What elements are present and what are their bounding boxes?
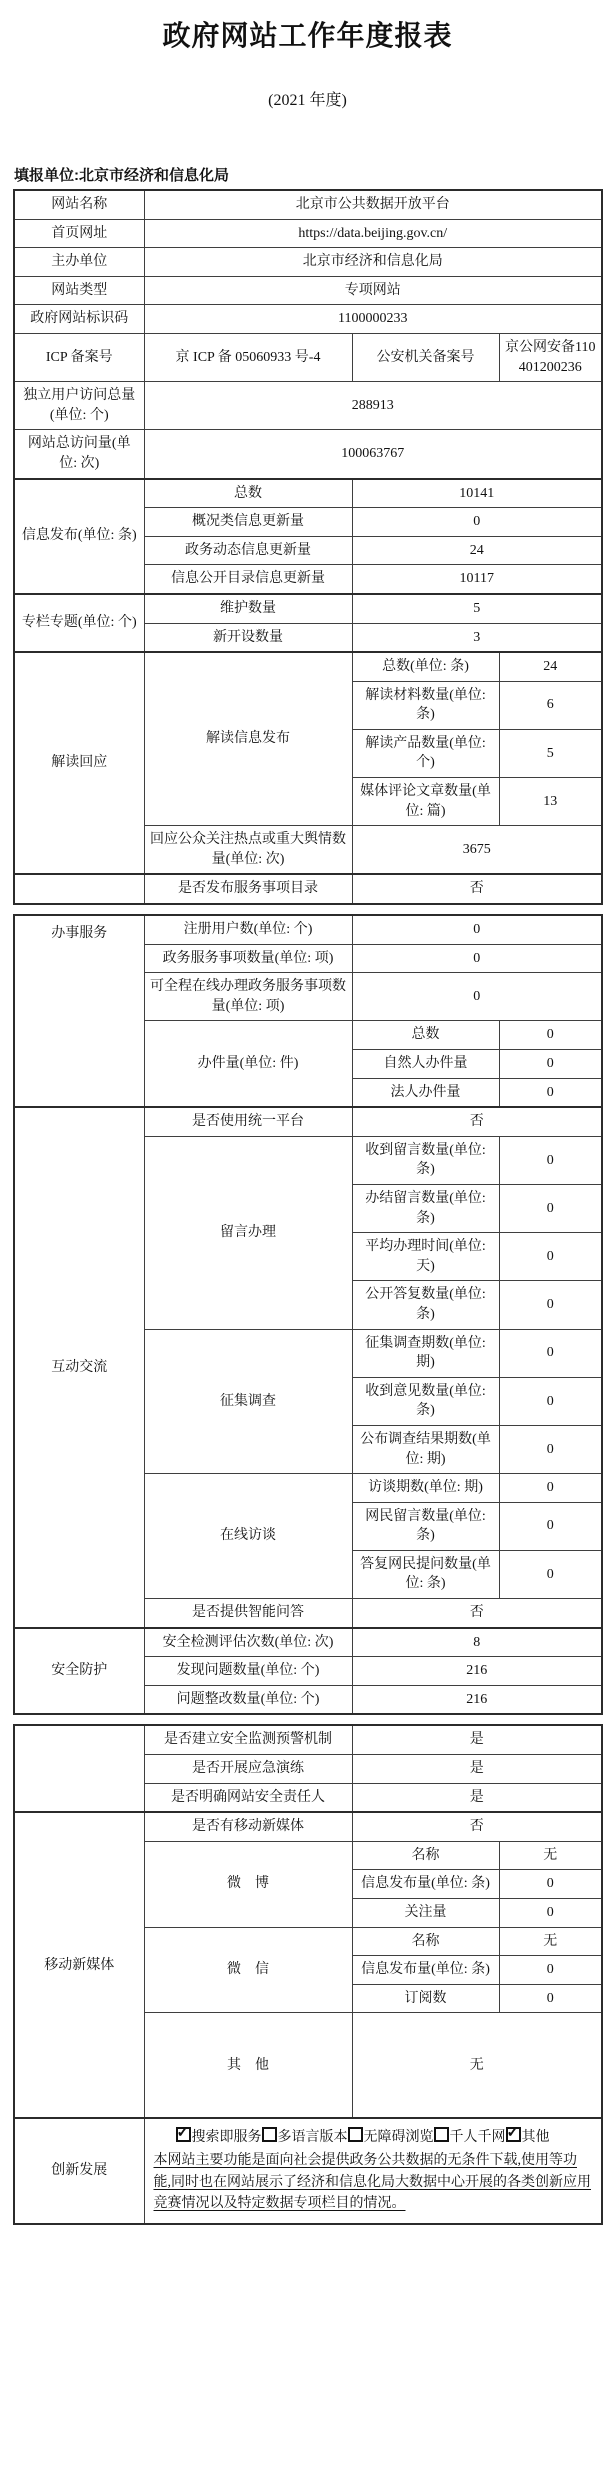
checkbox-label: 千人千网 [450,2130,506,2145]
checkbox-option: 千人千网 [434,2130,506,2145]
row-label: 媒体评论文章数量(单位: 篇) [352,778,499,826]
checkbox-label: 无障碍浏览 [364,2130,434,2145]
row-value: 0 [352,915,602,944]
row-value: 是 [352,1755,602,1784]
table-row: 独立用户访问总量(单位: 个) 288913 [14,382,602,430]
row-label: 发现问题数量(单位: 个) [144,1657,352,1686]
row-value: 0 [499,1870,602,1899]
icp-label: ICP 备案号 [14,333,144,381]
home-url-label: 首页网址 [14,219,144,248]
survey-label: 征集调查 [144,1329,352,1474]
police-record-value: 京公网安备110401200236 [499,333,602,381]
row-label: 是否明确网站安全责任人 [144,1783,352,1812]
row-label: 关注量 [352,1899,499,1928]
site-type-label: 网站类型 [14,276,144,305]
row-label: 维护数量 [144,594,352,623]
row-label: 概况类信息更新量 [144,508,352,537]
checkbox-icon [262,2127,277,2142]
weibo-label: 微 博 [144,1841,352,1927]
interpretation-publish-label: 解读信息发布 [144,652,352,826]
table-row: 主办单位 北京市经济和信息化局 [14,248,602,277]
unified-platform-value: 否 [352,1107,602,1136]
section-interpretation: 解读回应 [14,652,144,874]
report-page: 政府网站工作年度报表 (2021 年度) 填报单位:北京市经济和信息化局 网站名… [0,0,609,2248]
total-visits-value: 100063767 [144,430,602,479]
row-label: 收到留言数量(单位: 条) [352,1136,499,1184]
table-services-interaction: 办事服务 注册用户数(单位: 个) 0 政务服务事项数量(单位: 项) 0 可全… [13,914,603,1715]
hotspot-label: 回应公众关注热点或重大舆情数量(单位: 次) [144,826,352,875]
row-label: 信息发布量(单位: 条) [352,1870,499,1899]
row-value: 6 [499,681,602,729]
table-basic-info: 网站名称 北京市公共数据开放平台 首页网址 https://data.beiji… [13,189,603,905]
section-mobile-media: 移动新媒体 [14,1812,144,2118]
row-label: 办结留言数量(单位: 条) [352,1184,499,1232]
row-value: 0 [499,1050,602,1079]
table-row: 专栏专题(单位: 个) 维护数量 5 [14,594,602,623]
table-mobile-innovation: 是否建立安全监测预警机制 是 是否开展应急演练 是 是否明确网站安全责任人 是 … [13,1724,603,2225]
sponsor-value: 北京市经济和信息化局 [144,248,602,277]
smartqa-label: 是否提供智能问答 [144,1599,352,1628]
row-label: 总数 [144,479,352,508]
smartqa-value: 否 [352,1599,602,1628]
row-value: 0 [499,1233,602,1281]
row-label: 是否建立安全监测预警机制 [144,1725,352,1754]
row-value: 0 [499,1078,602,1107]
row-value: 5 [499,729,602,777]
row-label: 新开设数量 [144,623,352,652]
table-row: 网站总访问量(单位: 次) 100063767 [14,430,602,479]
row-label: 自然人办件量 [352,1050,499,1079]
table-row: 政府网站标识码 1100000233 [14,305,602,334]
row-value: 24 [499,652,602,681]
row-label: 平均办理时间(单位: 天) [352,1233,499,1281]
checkbox-option: 其他 [506,2130,550,2145]
innovation-description: 本网站主要功能是面向社会提供政务公共数据的无条件下载,使用等功能,同时也在网站展… [154,2150,593,2215]
row-label: 订阅数 [352,1984,499,2013]
table-row: 首页网址 https://data.beijing.gov.cn/ [14,219,602,248]
row-label: 政务服务事项数量(单位: 项) [144,944,352,973]
section-innovation: 创新发展 [14,2118,144,2224]
row-label: 安全检测评估次数(单位: 次) [144,1628,352,1657]
site-name-value: 北京市公共数据开放平台 [144,190,602,219]
checkbox-option: 无障碍浏览 [348,2130,434,2145]
site-name-label: 网站名称 [14,190,144,219]
other-media-label: 其 他 [144,2013,352,2119]
other-media-value: 无 [352,2013,602,2119]
row-value: 无 [499,1841,602,1870]
row-label: 可全程在线办理政务服务事项数量(单位: 项) [144,973,352,1021]
empty-section-cell [14,1725,144,1812]
row-label: 解读材料数量(单位: 条) [352,681,499,729]
row-value: 0 [499,1502,602,1550]
section-columns-topics: 专栏专题(单位: 个) [14,594,144,652]
table-row: 信息发布(单位: 条) 总数 10141 [14,479,602,508]
table-row: 创新发展 搜索即服务多语言版本无障碍浏览千人千网其他 本网站主要功能是面向社会提… [14,2118,602,2224]
section-services: 办事服务 [14,915,144,1107]
police-record-label: 公安机关备案号 [352,333,499,381]
site-code-value: 1100000233 [144,305,602,334]
message-handling-label: 留言办理 [144,1136,352,1329]
row-value: 是 [352,1783,602,1812]
row-value: 5 [352,594,602,623]
row-value: 216 [352,1685,602,1714]
row-value: 0 [499,1136,602,1184]
section-info-publish: 信息发布(单位: 条) [14,479,144,594]
checkbox-icon [434,2127,449,2142]
row-value: 0 [499,1184,602,1232]
row-label: 是否开展应急演练 [144,1755,352,1784]
row-label: 征集调查期数(单位: 期) [352,1329,499,1377]
table-row: 互动交流 是否使用统一平台 否 [14,1107,602,1136]
table-row: 网站类型 专项网站 [14,276,602,305]
row-label: 名称 [352,1841,499,1870]
has-mobile-value: 否 [352,1812,602,1841]
volume-label: 办件量(单位: 件) [144,1021,352,1107]
row-label: 总数 [352,1021,499,1050]
row-value: 0 [499,1377,602,1425]
row-label: 答复网民提问数量(单位: 条) [352,1550,499,1598]
row-label: 注册用户数(单位: 个) [144,915,352,944]
empty-section-cell [14,874,144,904]
checkbox-option: 搜索即服务 [176,2130,262,2145]
row-value: 0 [352,508,602,537]
checkbox-label: 其他 [522,2130,550,2145]
total-visits-label: 网站总访问量(单位: 次) [14,430,144,479]
row-value: 0 [352,944,602,973]
wechat-label: 微 信 [144,1927,352,2013]
innovation-options: 搜索即服务多语言版本无障碍浏览千人千网其他 [176,2127,593,2148]
row-value: 0 [499,1329,602,1377]
section-interaction: 互动交流 [14,1107,144,1627]
row-label: 访谈期数(单位: 期) [352,1474,499,1503]
hotspot-value: 3675 [352,826,602,875]
checkbox-icon [506,2127,521,2142]
site-code-label: 政府网站标识码 [14,305,144,334]
row-label: 网民留言数量(单位: 条) [352,1502,499,1550]
row-value: 0 [499,1425,602,1473]
row-label: 问题整改数量(单位: 个) [144,1685,352,1714]
row-value: 0 [352,973,602,1021]
checkbox-label: 多语言版本 [278,2130,348,2145]
catalog-label: 是否发布服务事项目录 [144,874,352,904]
row-label: 总数(单位: 条) [352,652,499,681]
row-value: 10141 [352,479,602,508]
row-label: 政务动态信息更新量 [144,536,352,565]
row-value: 0 [499,1550,602,1598]
row-value: 0 [499,1984,602,2013]
unique-visitors-value: 288913 [144,382,602,430]
checkbox-icon [176,2127,191,2142]
row-value: 0 [499,1474,602,1503]
online-interview-label: 在线访谈 [144,1474,352,1599]
row-value: 无 [499,1927,602,1956]
table-row: 解读回应 解读信息发布 总数(单位: 条) 24 [14,652,602,681]
row-value: 是 [352,1725,602,1754]
checkbox-option: 多语言版本 [262,2130,348,2145]
innovation-cell: 搜索即服务多语言版本无障碍浏览千人千网其他 本网站主要功能是面向社会提供政务公共… [144,2118,602,2224]
row-value: 0 [499,1021,602,1050]
row-value: 216 [352,1657,602,1686]
row-value: 3 [352,623,602,652]
has-mobile-label: 是否有移动新媒体 [144,1812,352,1841]
unique-visitors-label: 独立用户访问总量(单位: 个) [14,382,144,430]
table-row: ICP 备案号 京 ICP 备 05060933 号-4 公安机关备案号 京公网… [14,333,602,381]
row-value: 0 [499,1956,602,1985]
row-label: 收到意见数量(单位: 条) [352,1377,499,1425]
row-value: 8 [352,1628,602,1657]
row-value: 0 [499,1281,602,1329]
checkbox-label: 搜索即服务 [192,2130,262,2145]
row-label: 信息发布量(单位: 条) [352,1956,499,1985]
report-title: 政府网站工作年度报表 [13,14,602,54]
table-row: 办事服务 注册用户数(单位: 个) 0 [14,915,602,944]
row-value: 24 [352,536,602,565]
row-label: 信息公开目录信息更新量 [144,565,352,594]
catalog-value: 否 [352,874,602,904]
row-label: 公布调查结果期数(单位: 期) [352,1425,499,1473]
reporting-unit: 填报单位:北京市经济和信息化局 [14,164,602,185]
table-row: 移动新媒体 是否有移动新媒体 否 [14,1812,602,1841]
row-value: 10117 [352,565,602,594]
section-security: 安全防护 [14,1628,144,1715]
table-row: 网站名称 北京市公共数据开放平台 [14,190,602,219]
sponsor-label: 主办单位 [14,248,144,277]
row-label: 名称 [352,1927,499,1956]
table-row: 安全防护 安全检测评估次数(单位: 次) 8 [14,1628,602,1657]
row-value: 0 [499,1899,602,1928]
row-value: 13 [499,778,602,826]
site-type-value: 专项网站 [144,276,602,305]
row-label: 解读产品数量(单位: 个) [352,729,499,777]
row-label: 公开答复数量(单位: 条) [352,1281,499,1329]
home-url-value: https://data.beijing.gov.cn/ [144,219,602,248]
row-label: 法人办件量 [352,1078,499,1107]
report-subtitle: (2021 年度) [13,87,602,110]
table-row: 是否发布服务事项目录 否 [14,874,602,904]
unified-platform-label: 是否使用统一平台 [144,1107,352,1136]
checkbox-icon [348,2127,363,2142]
icp-value: 京 ICP 备 05060933 号-4 [144,333,352,381]
table-row: 是否建立安全监测预警机制 是 [14,1725,602,1754]
